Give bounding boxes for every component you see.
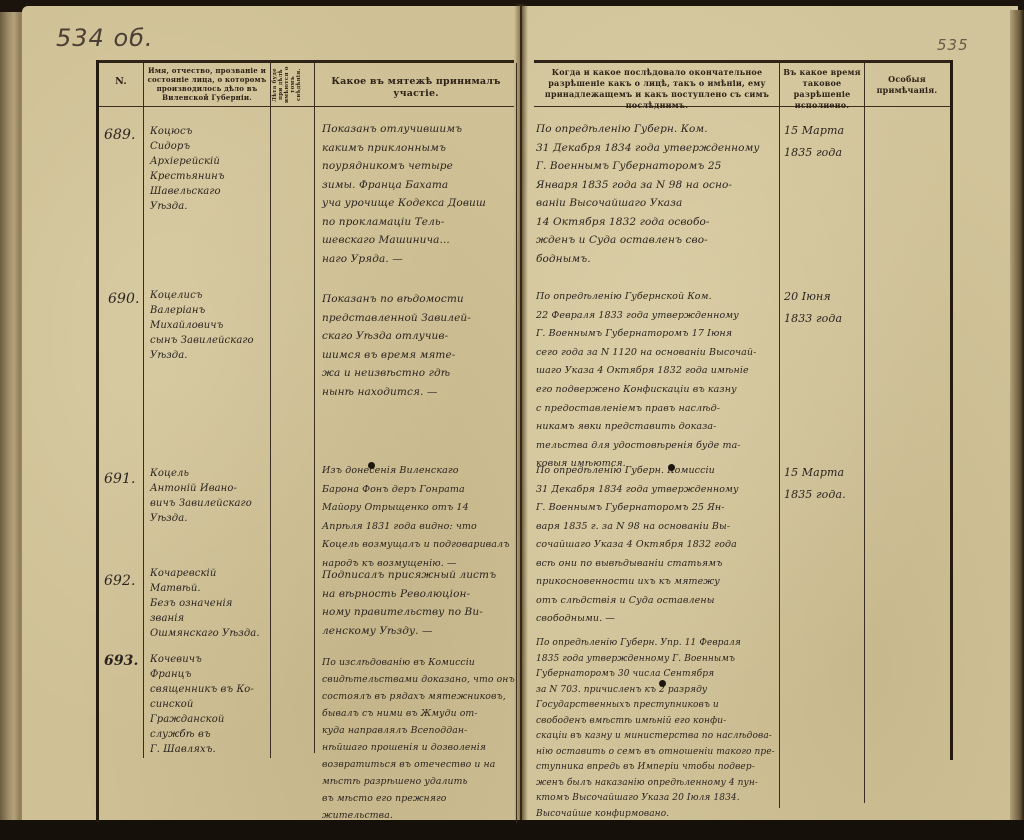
entry-executed-date: 15 Марта 1835 года.	[784, 462, 864, 506]
entry-resolution: По опредѣленію Губерн. Упр. 11 Февраля 1…	[536, 636, 780, 822]
entry-name: Коцелисъ Валеріанъ Михайловичъ сынъ Зави…	[150, 288, 270, 363]
entry-participation: Подписалъ присяжный листъ на вѣрность Ре…	[322, 566, 518, 640]
header-notes: Особыя примѣчанія.	[866, 74, 948, 96]
right-page-edge	[1010, 10, 1024, 830]
folio-right: 535	[937, 36, 969, 54]
right-border	[950, 60, 953, 760]
header-age: Лѣта буде при дѣлѣ имѣются о томъ свѣдѣн…	[272, 64, 312, 106]
col-divider-name	[270, 63, 271, 758]
entry-resolution: По опредѣленію Губерн. Ком. 31 Декабря 1…	[536, 120, 780, 268]
header-resolution: Когда и какое послѣдовало окончательное …	[536, 67, 778, 111]
entry-name: Кочевичъ Францъ священникъ въ Ко- синско…	[150, 652, 270, 757]
entry-participation: Показанъ отлучившимъ какимъ приклоннымъ …	[322, 120, 518, 268]
entry-name: Коцюсъ Сидоръ Архіерейскій Крестьянинъ Ш…	[150, 124, 270, 214]
entry-participation: По изслѣдованію въ Комиссіи свидѣтельств…	[322, 654, 518, 824]
ink-spot	[659, 680, 666, 687]
header-bottom-rule-left	[98, 106, 514, 107]
entry-participation: Изъ донесенія Виленскаго Барона Фонъ дер…	[322, 462, 518, 573]
entry-executed-date: 20 Іюня 1833 года	[784, 286, 864, 330]
entry-number: 689.	[104, 126, 136, 144]
col-divider-executed	[864, 63, 865, 803]
entry-name: Кочаревскій Матвѣй. Безъ означенія звані…	[150, 566, 270, 641]
entry-resolution: По опредѣленію Губерн. Комиссіи 31 Декаб…	[536, 462, 780, 629]
ink-spot	[668, 464, 675, 471]
ledger-spread: 534 об. 535 N. Имя, отчество, прозваніе …	[0, 0, 1024, 840]
entry-resolution: По опредѣленію Губернской Ком. 22 Феврал…	[536, 288, 780, 474]
top-rule-left	[98, 60, 514, 63]
entry-number: 690.	[108, 290, 140, 308]
top-rule-right	[534, 60, 952, 63]
entry-number: 693.	[104, 652, 139, 670]
ink-spot	[368, 462, 375, 469]
col-divider-num	[143, 63, 144, 758]
entry-name: Коцель Антоній Ивано- вичъ Завилейскаго …	[150, 466, 270, 526]
col-divider-age	[314, 63, 315, 753]
left-border	[96, 60, 99, 822]
folio-left: 534 об.	[56, 24, 154, 52]
header-participation: Какое въ мятежѣ принималъ участіе.	[318, 76, 514, 100]
entry-number: 692.	[104, 572, 136, 590]
header-number: N.	[100, 76, 142, 88]
header-name: Имя, отчество, прозваніе и состояніе лиц…	[145, 66, 269, 102]
entry-executed-date: 15 Марта 1835 года	[784, 120, 864, 164]
entry-number: 691.	[104, 470, 136, 488]
header-executed: Въ какое время таковое разрѣшеніе исполн…	[781, 67, 863, 111]
entry-participation: Показанъ по вѣдомости представленной Зав…	[322, 290, 518, 401]
